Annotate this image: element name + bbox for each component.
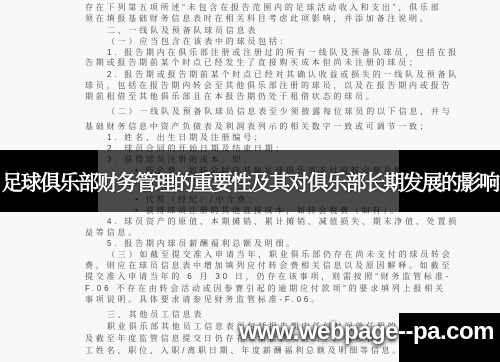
document-line: 三、其他员工信息表 bbox=[107, 310, 204, 320]
document-line: 4. 球员资产的原值、本期摊销、累计摊销、减值损失、期末净值、处置损 bbox=[107, 217, 459, 227]
document-line: 费，则应在球员信息表中增加填列应付转会费相关信息以及原因解释。如截至 bbox=[85, 261, 452, 271]
document-line: 益等信息。 bbox=[85, 228, 139, 238]
document-line: 存在下列第五项所述“未包含在报告范围内的足球活动收入和支出”，俱乐部 bbox=[85, 3, 442, 13]
document-line: 二、一线队及预备队球员信息表 bbox=[107, 26, 258, 36]
document-line: 1. 姓名、出生日期及注册编号； bbox=[107, 133, 265, 143]
article-headline: 足球俱乐部财务管理的重要性及其对俱乐部长期发展的影响 bbox=[0, 171, 500, 196]
document-line: （一）应当包含在该表中的球员包括： bbox=[107, 37, 291, 47]
document-line: F.06 不存在由转会活动或因参赛引起的逾期应付款项”的要求填列上报相关 bbox=[85, 284, 446, 294]
document-line: 2. 报告期或报告期前某个时点已经对其确认收益或损失的一线队及预备队 bbox=[107, 70, 459, 80]
document-line: 告期或报告期前某个时点已经发生了直接购买成本但尚未注册的球员； bbox=[85, 58, 420, 68]
document-line: 球员，包括在报告期内转会至其他俱乐部注册的球员，以及在报告期内或报告 bbox=[85, 81, 452, 91]
document-line: （二）一线队及预备队球员信息表至少须披露每位球员的以下信息，并与 bbox=[107, 107, 453, 117]
document-line: 工姓名、职位、入职/离职日期、年度薪酬福利总额及明细等信息。 bbox=[85, 346, 403, 356]
scanned-article-image: 存在下列第五项所述“未包含在报告范围内的足球活动收入和支出”，俱乐部须在填报基础… bbox=[0, 0, 500, 362]
document-line: 1. 报告期内在俱乐部注册或注册过的所有一线队及预备队球员，包括在报 bbox=[107, 48, 459, 58]
document-line: （三）如截至提交准入申请当年，职业俱乐部仍存在尚未支付的球员转会 bbox=[107, 250, 453, 260]
document-line: 事项说明。具体要求请参见财务监管标准-F.06。 bbox=[85, 295, 322, 305]
document-line: 提交准入申请当年的 6 月 30 日，仍存在该事项，则需按照“财务监管标准- bbox=[85, 272, 451, 282]
watermark-url: www.webpage--pa.com bbox=[239, 318, 494, 346]
document-line: 期前租借至其他俱乐部且在本报告期仍处于租借状态的球员。 bbox=[85, 92, 377, 102]
document-line: 基础财务信息中资产负债表及利润表列示的相关数字一致或可调节一致； bbox=[85, 122, 431, 132]
document-line: 须在填报基础财务信息表时在相关科目考虑此项影响，并添加备注说明。 bbox=[85, 14, 431, 24]
document-line: 5. 报告期内球员薪酬福利总额及明细。 bbox=[107, 239, 297, 249]
